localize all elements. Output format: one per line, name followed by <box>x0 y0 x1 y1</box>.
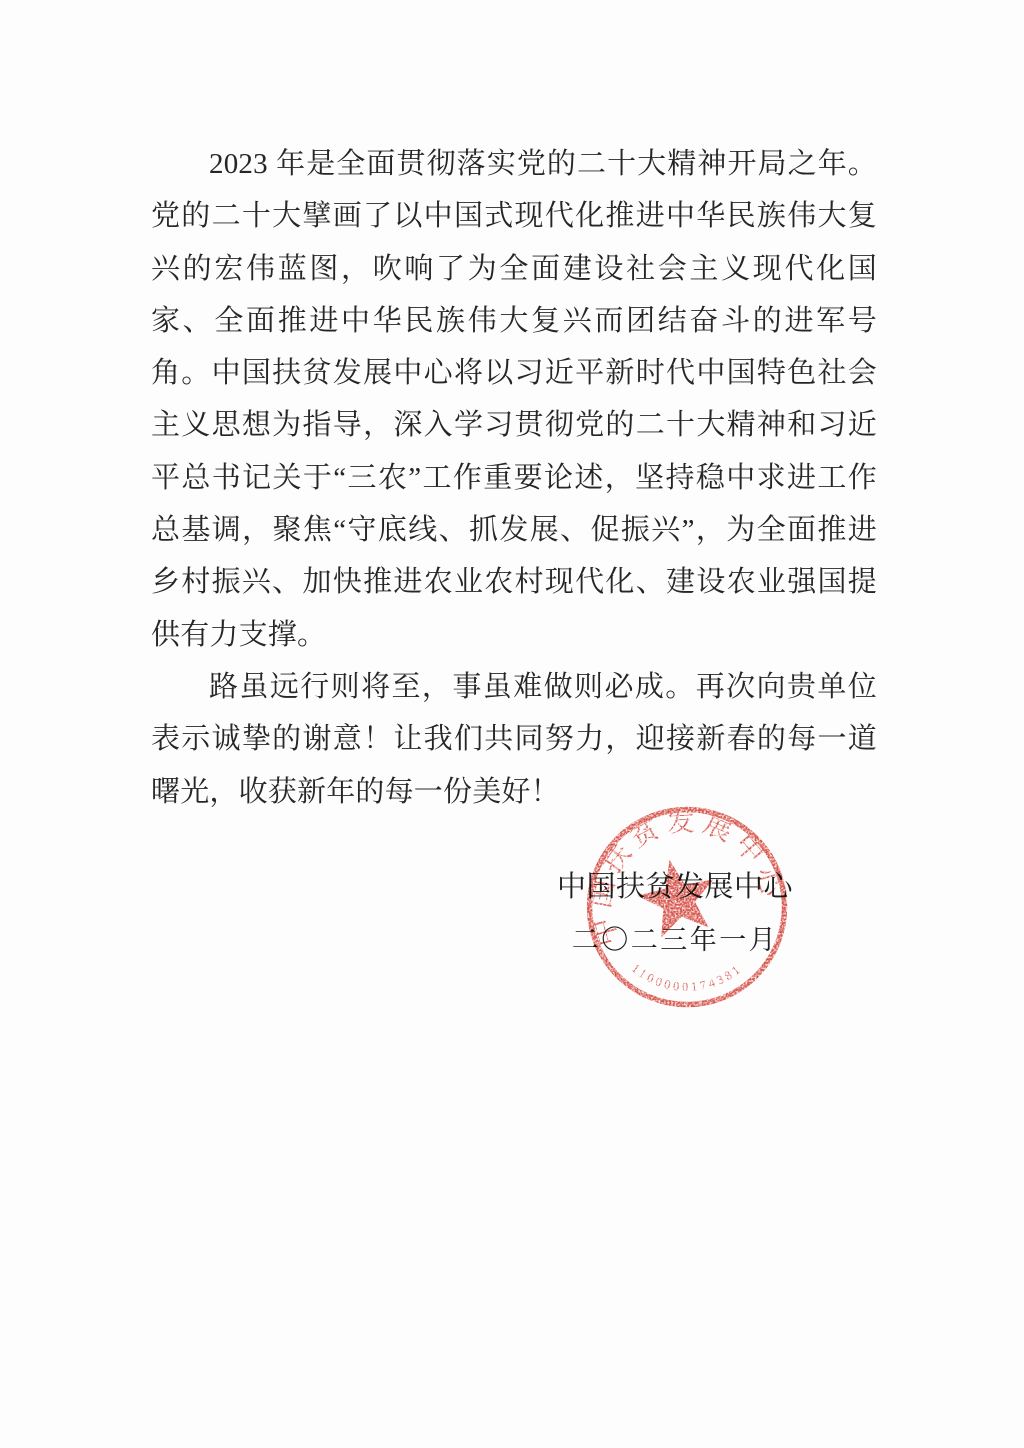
seal-code: 1100000174381 <box>629 961 745 994</box>
seal-code-container: 1100000174381 <box>629 961 745 994</box>
letter-page: 2023 年是全面贯彻落实党的二十大精神开局之年。党的二十大擘画了以中国式现代化… <box>0 0 1024 1448</box>
signature-block: 中国扶贫发展中心 二〇二三年一月 <box>553 872 797 954</box>
signature-date: 二〇二三年一月 <box>553 926 797 954</box>
signature-organization: 中国扶贫发展中心 <box>553 872 797 902</box>
letter-body: 2023 年是全面贯彻落实党的二十大精神开局之年。党的二十大擘画了以中国式现代化… <box>151 138 877 818</box>
paragraph-2: 路虽远行则将至，事虽难做则必成。再次向贵单位表示诚挚的谢意！让我们共同努力，迎接… <box>151 661 877 818</box>
paragraph-1: 2023 年是全面贯彻落实党的二十大精神开局之年。党的二十大擘画了以中国式现代化… <box>151 138 877 661</box>
